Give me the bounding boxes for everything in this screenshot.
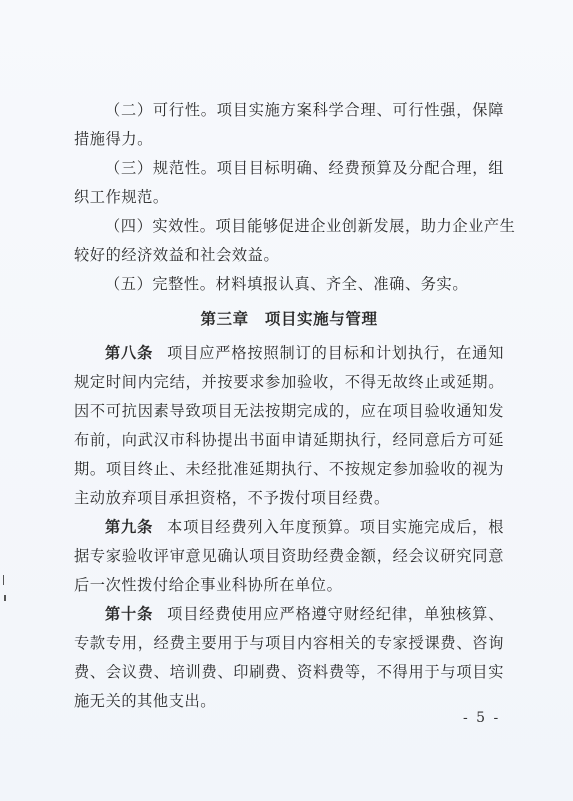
paragraph-line: 规定时间内完结，并按要求参加验收，不得无故终止或延期。 [74,368,504,397]
paragraph-line: 布前，向武汉市科协提出书面申请延期执行，经同意后方可延 [74,426,504,455]
article-label: 第八条 [105,344,153,362]
paragraph-line: 第八条项目应严格按照制订的目标和计划执行，在通知 [74,339,504,368]
article-ten: 第十条项目经费使用应严格遵守财经纪律，单独核算、 专款专用，经费主要用于与项目内… [74,600,504,716]
criteria-item-effectiveness: （四）实效性。项目能够促进企业创新发展，助力企业产生 较好的经济效益和社会效益。 [74,212,504,270]
paragraph-line: 措施得力。 [74,125,504,154]
paragraph-line: 较好的经济效益和社会效益。 [74,241,504,270]
chapter-title: 第三章 项目实施与管理 [74,302,504,336]
article-text: 项目应严格按照制订的目标和计划执行，在通知 [167,344,504,362]
criteria-item-feasibility: （二）可行性。项目实施方案科学合理、可行性强，保障 措施得力。 [74,96,504,154]
paragraph-line: 第九条本项目经费列入年度预算。项目实施完成后，根 [74,513,504,542]
article-text: 项目经费使用应严格遵守财经纪律，单独核算、 [167,605,504,623]
article-text: 本项目经费列入年度预算。项目实施完成后，根 [167,518,504,536]
page-number: - 5 - [463,710,500,726]
paragraph-line: （三）规范性。项目目标明确、经费预算及分配合理，组 [74,154,504,183]
paragraph-line: 主动放弃项目承担资格，不予拨付项目经费。 [74,484,504,513]
paragraph-line: 因不可抗因素导致项目无法按期完成的，应在项目验收通知发 [74,397,504,426]
paragraph-line: 施无关的其他支出。 [74,687,504,716]
paragraph-line: 后一次性拨付给企事业科协所在单位。 [74,571,504,600]
paragraph-line: 第十条项目经费使用应严格遵守财经纪律，单独核算、 [74,600,504,629]
paragraph-line: 费、会议费、培训费、印刷费、资料费等，不得用于与项目实 [74,658,504,687]
criteria-item-completeness: （五）完整性。材料填报认真、齐全、准确、务实。 [74,270,504,299]
paragraph-line: （五）完整性。材料填报认真、齐全、准确、务实。 [74,270,504,299]
paragraph-line: （二）可行性。项目实施方案科学合理、可行性强，保障 [74,96,504,125]
criteria-item-standardization: （三）规范性。项目目标明确、经费预算及分配合理，组 织工作规范。 [74,154,504,212]
document-body: （二）可行性。项目实施方案科学合理、可行性强，保障 措施得力。 （三）规范性。项… [74,96,504,716]
article-eight: 第八条项目应严格按照制订的目标和计划执行，在通知 规定时间内完结，并按要求参加验… [74,339,504,513]
article-label: 第九条 [105,518,153,536]
document-page: （二）可行性。项目实施方案科学合理、可行性强，保障 措施得力。 （三）规范性。项… [0,0,573,801]
paragraph-line: 据专家验收评审意见确认项目资助经费金额，经会议研究同意 [74,542,504,571]
paragraph-line: 期。项目终止、未经批准延期执行、不按规定参加验收的视为 [74,455,504,484]
paragraph-line: （四）实效性。项目能够促进企业创新发展，助力企业产生 [74,212,504,241]
article-label: 第十条 [105,605,153,623]
scan-artifact-mark [2,575,6,605]
article-nine: 第九条本项目经费列入年度预算。项目实施完成后，根 据专家验收评审意见确认项目资助… [74,513,504,600]
paragraph-line: 专款专用，经费主要用于与项目内容相关的专家授课费、咨询 [74,629,504,658]
paragraph-line: 织工作规范。 [74,183,504,212]
